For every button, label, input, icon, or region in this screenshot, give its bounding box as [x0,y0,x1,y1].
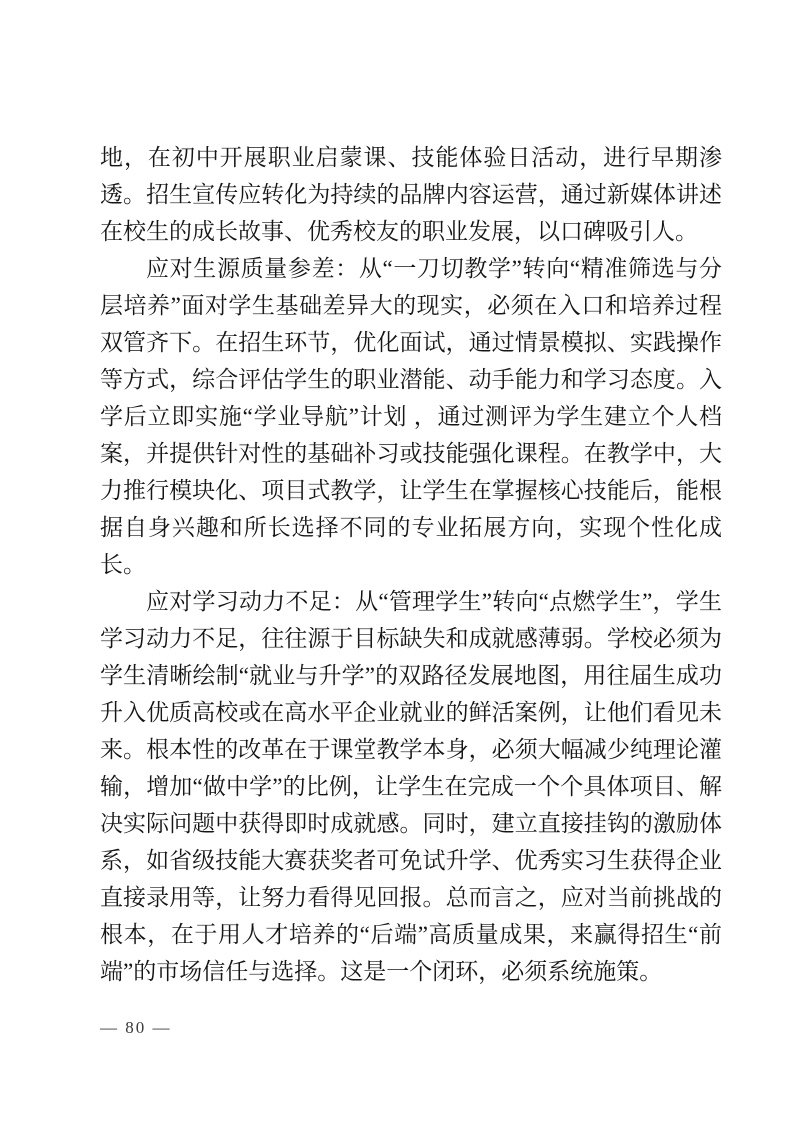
page-number: — 80 — [100,1018,172,1038]
paragraph-source-quality: 应对生源质量参差：从“一刀切教学”转向“精准筛选与分层培养”面对学生基础差异大的… [100,250,722,583]
document-page: 地，在初中开展职业启蒙课、技能体验日活动，进行早期渗透。招生宣传应转化为持续的品… [0,0,800,1131]
paragraph-continuation: 地，在初中开展职业启蒙课、技能体验日活动，进行早期渗透。招生宣传应转化为持续的品… [100,139,722,250]
paragraph-learning-motivation: 应对学习动力不足：从“管理学生”转向“点燃学生”，学生学习动力不足，往往源于目标… [100,583,722,990]
document-body: 地，在初中开展职业启蒙课、技能体验日活动，进行早期渗透。招生宣传应转化为持续的品… [100,139,722,990]
